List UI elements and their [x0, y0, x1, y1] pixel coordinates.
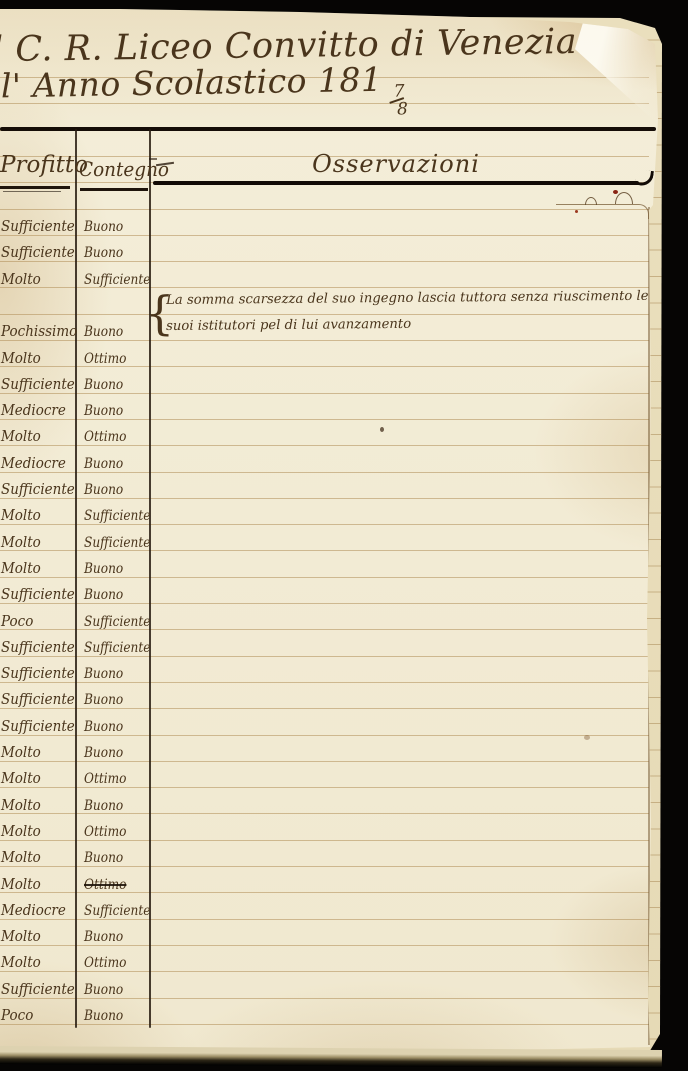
profitto-value: Sufficiente	[1, 719, 75, 735]
profitto-value: Sufficiente	[1, 482, 75, 498]
profitto-value: Molto	[1, 850, 41, 866]
contegno-value: Ottimo	[84, 351, 126, 367]
profitto-value: Molto	[1, 877, 41, 893]
profitto-value: Sufficiente	[1, 666, 75, 682]
contegno-value: Buono	[84, 798, 123, 814]
profitto-value: Mediocre	[1, 456, 66, 472]
contegno-value: Buono	[84, 587, 123, 603]
red-ink-speck-2	[575, 210, 578, 213]
table-row: Molto Ottimo	[0, 869, 649, 895]
contegno-value: Buono	[84, 377, 123, 393]
underlying-sheet-corner	[556, 204, 649, 219]
profitto-value: Molto	[1, 929, 41, 945]
table-row: Molto Ottimo	[0, 421, 649, 447]
table-row: Sufficiente Buono	[0, 237, 649, 263]
contegno-value: Buono	[84, 1008, 123, 1024]
profitto-value: Sufficiente	[1, 245, 75, 261]
table-row: Sufficiente Buono	[0, 474, 649, 500]
contegno-underline	[80, 188, 148, 191]
contegno-value: Sufficiente	[84, 614, 150, 630]
contegno-value: Buono	[84, 456, 123, 472]
binding-arc-mark	[585, 197, 597, 205]
profitto-value: Mediocre	[1, 903, 66, 919]
contegno-value: Buono	[84, 719, 123, 735]
manuscript-paper: l C. R. Liceo Convitto di Venezia ll' An…	[0, 0, 688, 1071]
contegno-value: Buono	[84, 482, 123, 498]
red-ink-speck	[613, 190, 618, 194]
profitto-value: Sufficiente	[1, 692, 75, 708]
binding-arc-mark-2	[615, 192, 633, 204]
profitto-value: Sufficiente	[1, 982, 75, 998]
profitto-value: Molto	[1, 798, 41, 814]
table-row: Sufficiente Buono	[0, 658, 649, 684]
table-row: Mediocre Buono	[0, 448, 649, 474]
contegno-value: Buono	[84, 692, 123, 708]
contegno-value: Sufficiente	[84, 903, 150, 919]
profitto-underline	[0, 186, 70, 189]
table-row: Molto Buono	[0, 790, 649, 816]
school-year-text: ll' Anno Scolastico 181	[0, 60, 383, 106]
profitto-value: Molto	[1, 824, 41, 840]
profitto-value: Sufficiente	[1, 640, 75, 656]
table-row: Sufficiente Sufficiente	[0, 632, 649, 658]
school-year-fraction: 78	[389, 84, 405, 117]
profitto-value: Molto	[1, 561, 41, 577]
contegno-value: Buono	[84, 745, 123, 761]
profitto-value: Pochissimo	[1, 324, 77, 340]
osservazioni-underline-hook	[635, 169, 654, 187]
pen-dash-mark-2	[149, 158, 157, 160]
profitto-value: Poco	[1, 1008, 33, 1024]
table-row: Molto Buono	[0, 842, 649, 868]
table-row: Sufficiente Buono	[0, 684, 649, 710]
contegno-value: Ottimo	[84, 771, 126, 787]
contegno-value: Ottimo	[84, 877, 126, 893]
page-stack-bottom-edge	[0, 1046, 662, 1068]
observation-note: { La somma scarsezza del suo ingegno las…	[150, 288, 655, 341]
profitto-value: Molto	[1, 745, 41, 761]
contegno-value: Buono	[84, 219, 123, 235]
school-year-line: ll' Anno Scolastico 18178	[0, 59, 404, 124]
table-row: Sufficiente Buono	[0, 974, 649, 1000]
contegno-value: Ottimo	[84, 955, 126, 971]
contegno-value: Buono	[84, 982, 123, 998]
profitto-value: Molto	[1, 508, 41, 524]
profitto-value: Molto	[1, 272, 41, 288]
table-row: Molto Ottimo	[0, 343, 649, 369]
contegno-value: Sufficiente	[84, 640, 150, 656]
paper-stain-spot	[584, 735, 590, 740]
contegno-value: Buono	[84, 245, 123, 261]
contegno-value: Buono	[84, 929, 123, 945]
contegno-value: Ottimo	[84, 429, 126, 445]
table-row: Molto Buono	[0, 553, 649, 579]
ruled-line	[0, 209, 649, 210]
table-row: Poco Sufficiente	[0, 606, 649, 632]
table-row: Molto Ottimo	[0, 763, 649, 789]
table-row: Molto Ottimo	[0, 816, 649, 842]
table-top-rule	[0, 127, 656, 131]
contegno-value: Buono	[84, 403, 123, 419]
contegno-value: Sufficiente	[84, 535, 150, 551]
contegno-value: Buono	[84, 666, 123, 682]
contegno-value: Sufficiente	[84, 272, 150, 288]
contegno-value: Ottimo	[84, 824, 126, 840]
table-row: Sufficiente Buono	[0, 711, 649, 737]
ink-fly-speck	[380, 427, 384, 432]
profitto-underline-2	[3, 191, 61, 192]
profitto-value: Mediocre	[1, 403, 66, 419]
column-header-osservazioni: Osservazioni	[152, 150, 640, 178]
table-row: Molto Ottimo	[0, 947, 649, 973]
column-header-profitto: Profitto	[0, 152, 88, 178]
table-row: Molto Buono	[0, 737, 649, 763]
contegno-value: Sufficiente	[84, 508, 150, 524]
profitto-value: Poco	[1, 614, 33, 630]
table-row: Sufficiente Buono	[0, 369, 649, 395]
contegno-value: Buono	[84, 850, 123, 866]
profitto-value: Molto	[1, 351, 41, 367]
scanned-register-page: l C. R. Liceo Convitto di Venezia ll' An…	[0, 0, 688, 1071]
profitto-value: Sufficiente	[1, 219, 75, 235]
table-row: Poco Buono	[0, 1000, 649, 1026]
table-row: Molto Sufficiente	[0, 527, 649, 553]
profitto-value: Sufficiente	[1, 377, 75, 393]
table-row: Molto Sufficiente	[0, 500, 649, 526]
osservazioni-underline	[153, 181, 639, 185]
profitto-value: Molto	[1, 955, 41, 971]
profitto-value: Sufficiente	[1, 587, 75, 603]
table-row: Mediocre Buono	[0, 395, 649, 421]
profitto-value: Molto	[1, 429, 41, 445]
profitto-value: Molto	[1, 535, 41, 551]
profitto-value: Molto	[1, 771, 41, 787]
table-row: Mediocre Sufficiente	[0, 895, 649, 921]
table-row: Molto Buono	[0, 921, 649, 947]
note-line-2: suoi istitutori pel di lui avanzamento	[166, 310, 655, 341]
contegno-value: Buono	[84, 324, 123, 340]
table-row: Sufficiente Buono	[0, 211, 649, 237]
table-row: Sufficiente Buono	[0, 579, 649, 605]
contegno-value: Buono	[84, 561, 123, 577]
